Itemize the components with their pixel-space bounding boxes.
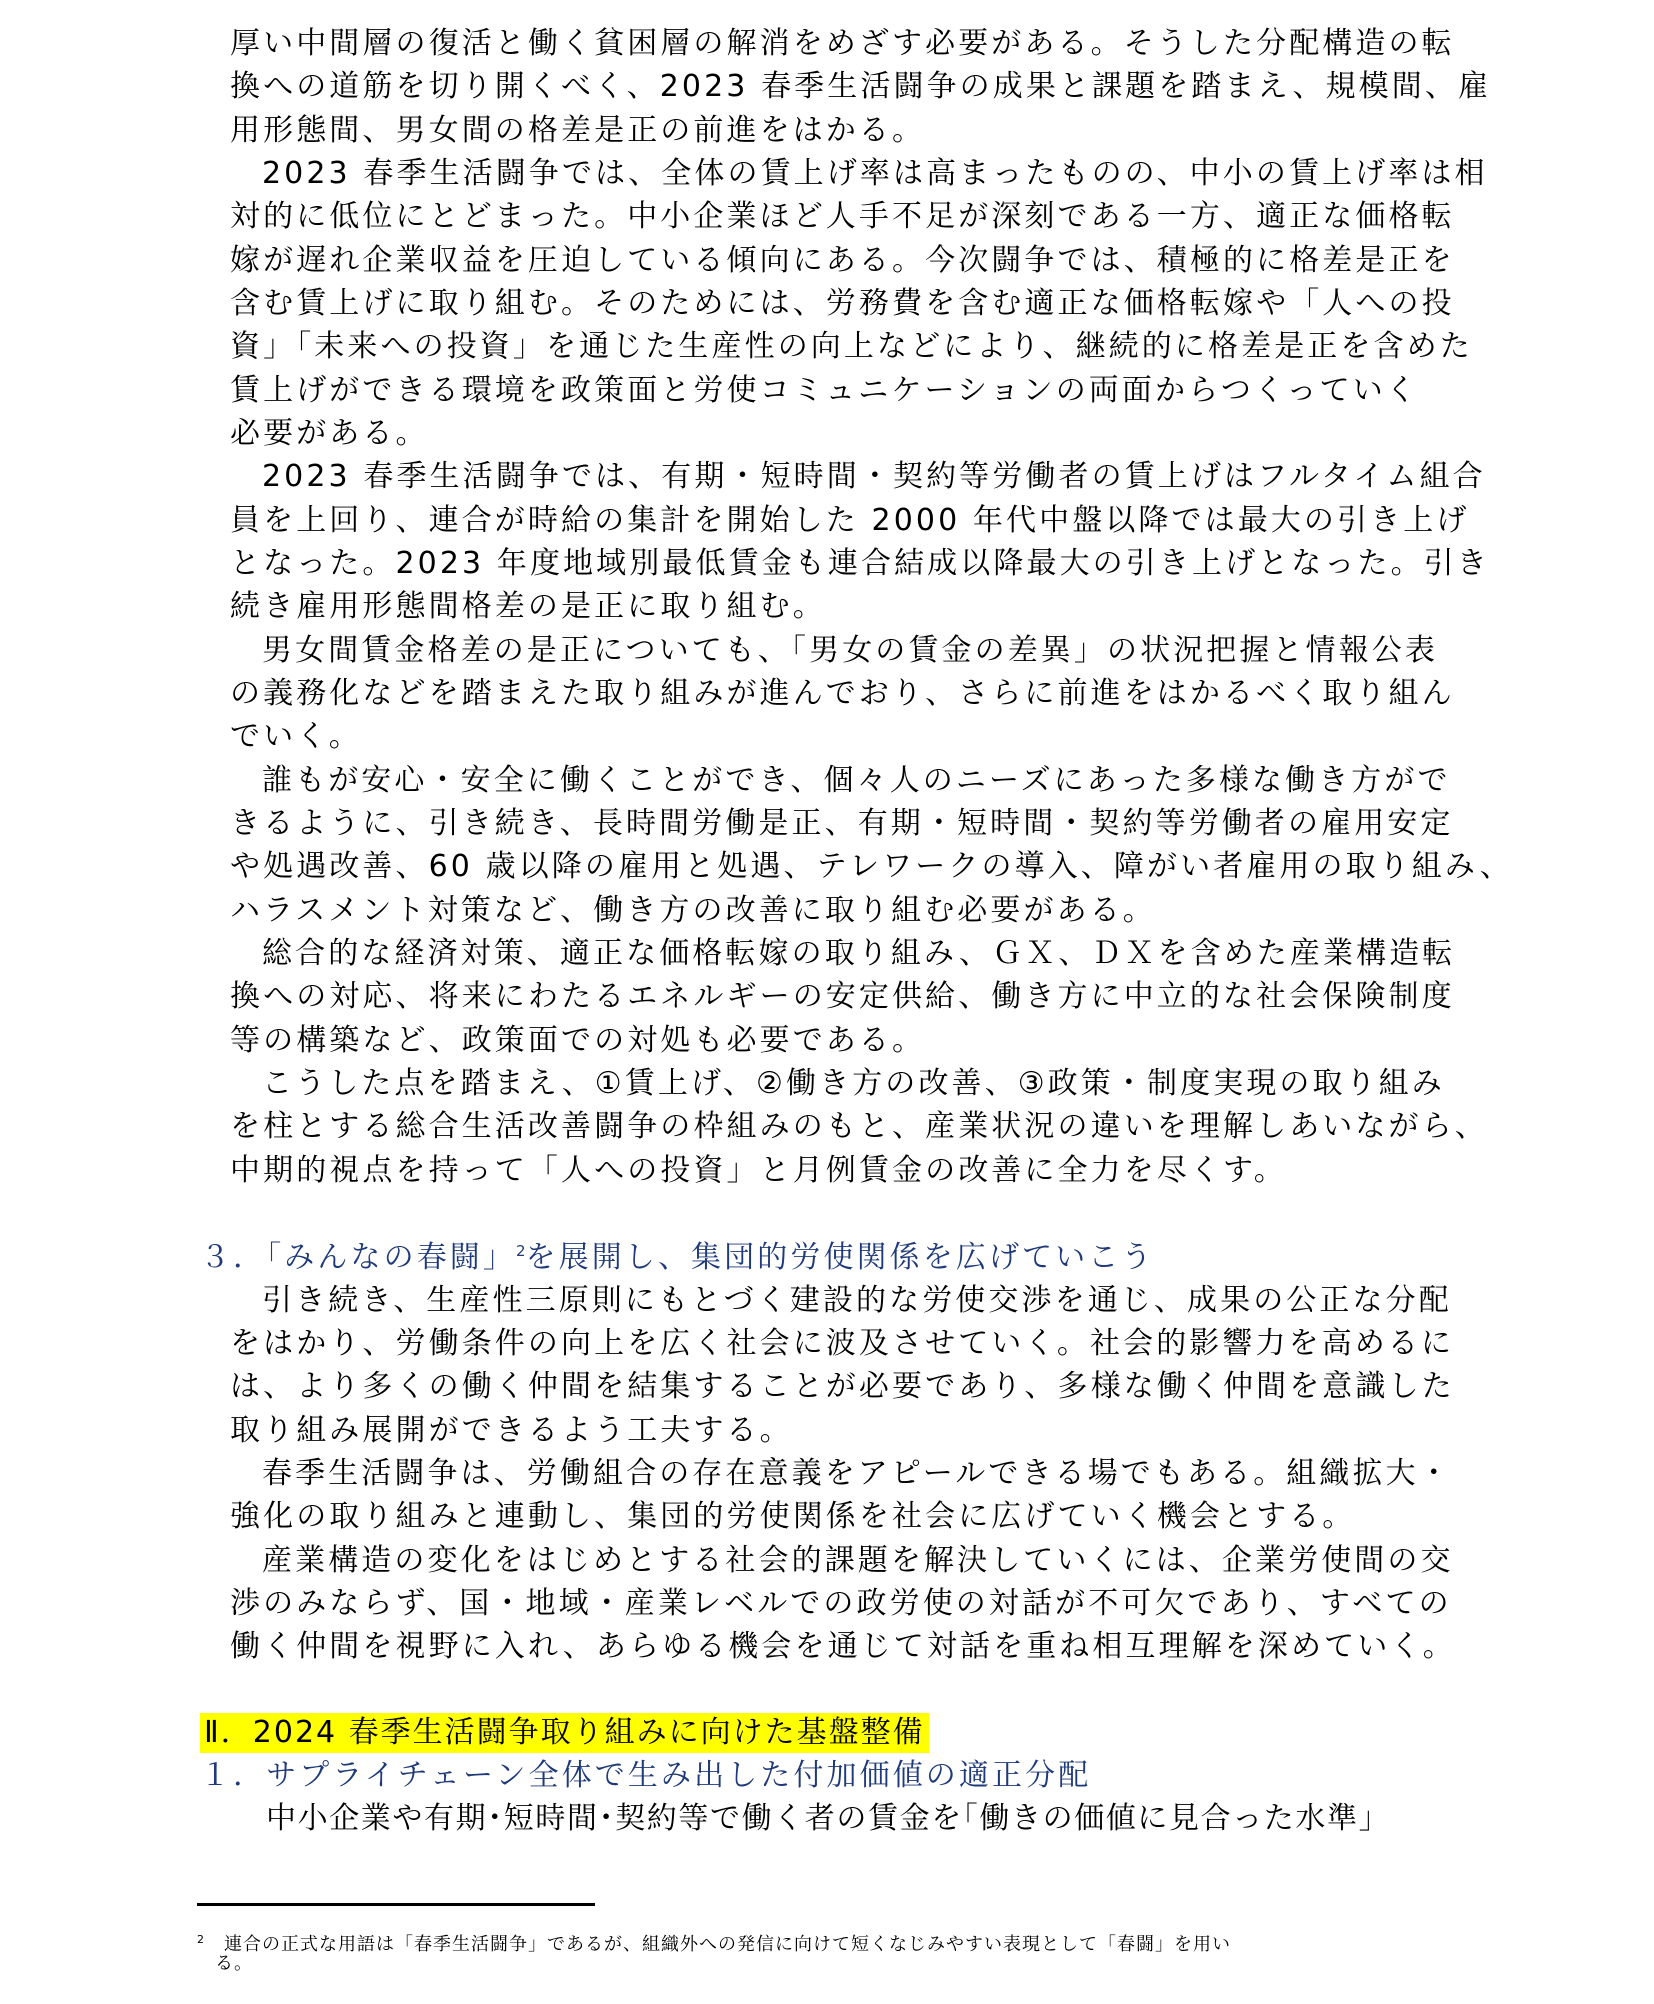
section-3-line: 強化の取り組みと連動し、集団的労使関係を社会に広げていく機会とする。 (230, 1497, 1355, 1537)
body-line: 男女間賃金格差の是正についても、「男女の賃金の差異」の状況把握と情報公表 (262, 631, 1438, 671)
footnote-line-2: る。 (215, 1952, 253, 1976)
body-line: 総合的な経済対策、適正な価格転嫁の取り組み、ＧＸ、ＤＸを含めた産業構造転 (262, 934, 1455, 974)
section-3-line: 産業構造の変化をはじめとする社会的課題を解決していくには、企業労使間の交 (262, 1541, 1454, 1581)
body-line: きるように、引き続き、長時間労働是正、有期・短時間・契約等労働者の雇用安定 (230, 804, 1454, 844)
chapter-2-heading: Ⅱ．2024 春季生活闘争取り組みに向けた基盤整備 (200, 1713, 929, 1753)
footnote-line-1: 2連合の正式な用語は「春季生活闘争」であるが、組織外への発信に向けて短くなじみや… (197, 1928, 1231, 1957)
body-line: 必要がある。 (230, 414, 429, 454)
body-line: 等の構築など、政策面での対処も必要である。 (230, 1021, 925, 1061)
body-line: ハラスメント対策など、働き方の改善に取り組む必要がある。 (230, 891, 1156, 931)
body-line: の義務化などを踏まえた取り組みが進んでおり、さらに前進をはかるべく取り組ん (230, 674, 1455, 714)
section-3-line: 引き続き、生産性三原則にもとづく建設的な労使交渉を通じ、成果の公正な分配 (262, 1281, 1452, 1321)
section-3-line: 働く仲間を視野に入れ、あらゆる機会を通じて対話を重ね相互理解を深めていく。 (230, 1627, 1456, 1667)
body-line: 2023 春季生活闘争では、有期・短時間・契約等労働者の賃上げはフルタイム組合 (262, 457, 1486, 497)
section-3-heading-text-rest: を展開し、集団的労使関係を広げていこう (526, 1240, 1155, 1275)
section-3-line: は、より多くの働く仲間を結集することが必要であり、多様な働く仲間を意識した (230, 1367, 1455, 1407)
body-line: 厚い中間層の復活と働く貧困層の解消をめざす必要がある。そうした分配構造の転 (230, 24, 1455, 64)
footnote-reference[interactable]: 2 (516, 1242, 526, 1260)
body-line: 換への道筋を切り開くべく、2023 春季生活闘争の成果と課題を踏まえ、規模間、雇 (230, 67, 1491, 107)
body-line: こうした点を踏まえ、①賃上げ、②働き方の改善、③政策・制度実現の取り組み (262, 1064, 1445, 1104)
body-line: 対的に低位にとどまった。中小企業ほど人手不足が深刻である一方、適正な価格転 (230, 197, 1455, 237)
body-line: 賃上げができる環境を政策面と労使コミュニケーションの両面からつくっていく (230, 371, 1419, 411)
body-line: となった。2023 年度地域別最低賃金も連合結成以降最大の引き上げとなった。引き (230, 544, 1490, 584)
section-3-heading-text: ３．「みんなの春闘」 (200, 1240, 516, 1275)
section-3-line: 春季生活闘争は、労働組合の存在意義をアピールできる場でもある。組織拡大・ (262, 1454, 1452, 1494)
body-line: 換への対応、将来にわたるエネルギーの安定供給、働き方に中立的な社会保険制度 (230, 977, 1455, 1017)
footnote-text: 連合の正式な用語は「春季生活闘争」であるが、組織外への発信に向けて短くなじみやす… (224, 1934, 1231, 1955)
body-line: 嫁が遅れ企業収益を圧迫している傾向にある。今次闘争では、積極的に格差是正を (230, 241, 1455, 281)
body-line: 続き雇用形態間格差の是正に取り組む。 (230, 587, 826, 627)
body-line: 資」「未来への投資」を通じた生産性の向上などにより、継続的に格差是正を含めた (230, 327, 1473, 367)
footnote-separator (197, 1903, 595, 1906)
section-3-line: をはかり、労働条件の向上を広く社会に波及させていく。社会的影響力を高めるに (230, 1324, 1454, 1364)
footnote-mark: 2 (197, 1933, 204, 1946)
body-line: や処遇改善、60 歳以降の雇用と処遇、テレワークの導入、障がい者雇用の取り組み、 (230, 847, 1513, 887)
body-line: 2023 春季生活闘争では、全体の賃上げ率は高まったものの、中小の賃上げ率は相 (262, 154, 1488, 194)
body-line: 中期的視点を持って「人への投資」と月例賃金の改善に全力を尽くす。 (230, 1151, 1287, 1191)
body-line: を柱とする総合生活改善闘争の枠組みのもと、産業状況の違いを理解しあいながら、 (230, 1107, 1488, 1147)
subsection-1-heading: １．サプライチェーン全体で生み出した付加価値の適正分配 (200, 1756, 1091, 1796)
body-line: 含む賃上げに取り組む。そのためには、労務費を含む適正な価格転嫁や「人への投 (230, 284, 1455, 324)
body-line: 員を上回り、連合が時給の集計を開始した 2000 年代中盤以降では最大の引き上げ (230, 501, 1469, 541)
body-line: でいく。 (230, 717, 362, 757)
section-3-line: 取り組み展開ができるよう工夫する。 (230, 1411, 793, 1451)
body-line: 誰もが安心・安全に働くことができ、個々人のニーズにあった多様な働き方がで (262, 761, 1451, 801)
section-3-line: 渉のみならず、国・地域・産業レベルでの政労使の対話が不可欠であり、すべての (230, 1584, 1452, 1624)
body-line: 用形態間、男女間の格差是正の前進をはかる。 (230, 111, 925, 151)
document-page: 厚い中間層の復活と働く貧困層の解消をめざす必要がある。そうした分配構造の転 換へ… (0, 0, 1654, 2004)
subsection-1-line: 中小企業や有期･短時間･契約等で働く者の賃金を｢働きの価値に見合った水準｣ (266, 1799, 1375, 1839)
section-3-heading: ３．「みんなの春闘」2を展開し、集団的労使関係を広げていこう (200, 1238, 1154, 1278)
